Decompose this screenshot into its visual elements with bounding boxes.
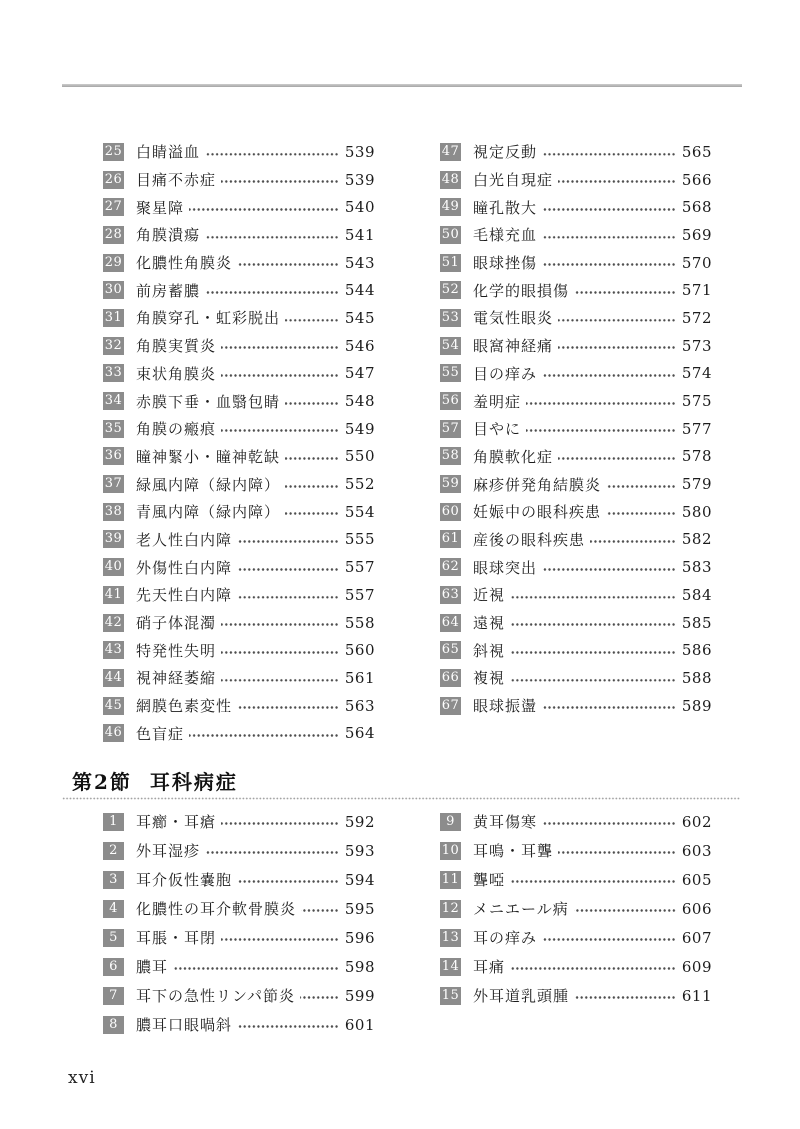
entry-title: 膿耳 [136,956,168,977]
toc-entry: 33 束状角膜炎 547 [103,360,375,388]
entry-number-badge: 37 [103,475,124,493]
entry-number-badge: 40 [103,558,124,576]
entry-title: 瞳神緊小・瞳神乾缺 [136,446,280,467]
entry-page-number: 570 [682,254,712,272]
entry-title: 網膜色素変性 [136,695,232,716]
entry-title: 耳癤・耳瘡 [136,811,216,832]
entry-title: 聾啞 [473,869,505,890]
entry-page-number: 565 [682,143,712,161]
dot-leader [574,995,676,1000]
entry-page-number: 560 [345,641,375,659]
toc-entry: 29 化膿性角膜炎 543 [103,249,375,277]
dot-leader [590,539,676,544]
section2-right-column: 9 黄耳傷寒 602 10 耳鳴・耳聾 603 11 聾啞 605 [440,807,712,1010]
toc-entry: 47 視定反動 565 [440,138,712,166]
dot-leader [510,594,676,599]
toc-entry: 28 角膜潰瘍 541 [103,221,375,249]
entry-title: 白光自現症 [473,169,553,190]
toc-entry: 38 青風内障（緑内障） 554 [103,498,375,526]
entry-title: メニエール病 [473,898,569,919]
entry-page-number: 585 [682,614,712,632]
entry-page-number: 544 [345,281,375,299]
entry-number-badge: 60 [440,503,461,521]
entry-number-badge: 25 [103,143,124,161]
entry-title: 特発性失明 [136,640,216,661]
dot-leader [558,179,676,184]
entry-number-badge: 6 [103,958,124,976]
dot-leader [526,401,676,406]
entry-page-number: 579 [682,475,712,493]
entry-title: 眼球突出 [473,557,537,578]
entry-page-number: 557 [345,586,375,604]
dot-leader [285,511,339,516]
entry-number-badge: 27 [103,198,124,216]
entry-number-badge: 39 [103,530,124,548]
dot-leader [542,705,676,710]
entry-title: 外耳湿疹 [136,840,200,861]
toc-entry: 12 メニエール病 606 [440,894,712,923]
entry-title: 化学的眼損傷 [473,280,569,301]
entry-title: 緑風内障（緑内障） [136,474,280,495]
entry-title: 束状角膜炎 [136,363,216,384]
entry-number-badge: 48 [440,171,461,189]
entry-title: 遠視 [473,612,505,633]
toc-entry: 62 眼球突出 583 [440,553,712,581]
entry-page-number: 592 [345,813,375,831]
entry-number-badge: 41 [103,586,124,604]
toc-entry: 4 化膿性の耳介軟骨膜炎 595 [103,894,375,923]
entry-number-badge: 26 [103,171,124,189]
toc-entry: 9 黄耳傷寒 602 [440,807,712,836]
entry-page-number: 611 [682,987,712,1005]
toc-entry: 53 電気性眼炎 572 [440,304,712,332]
dot-leader [558,317,676,322]
dot-leader [221,373,339,378]
entry-number-badge: 28 [103,226,124,244]
entry-page-number: 593 [345,842,375,860]
toc-entry: 42 硝子体混濁 558 [103,609,375,637]
entry-number-badge: 52 [440,281,461,299]
toc-entry: 60 妊娠中の眼科疾患 580 [440,498,712,526]
entry-title: 角膜の瘢痕 [136,418,216,439]
dot-leader [189,207,339,212]
entry-number-badge: 61 [440,530,461,548]
entry-page-number: 555 [345,530,375,548]
dot-leader [510,650,676,655]
entry-number-badge: 11 [440,871,461,889]
dot-leader [237,594,339,599]
toc-entry: 37 緑風内障（緑内障） 552 [103,470,375,498]
dot-leader [510,966,676,971]
dot-leader [300,995,339,1000]
entry-page-number: 588 [682,669,712,687]
entry-number-badge: 36 [103,447,124,465]
entry-number-badge: 47 [440,143,461,161]
entry-number-badge: 12 [440,900,461,918]
entry-number-badge: 63 [440,586,461,604]
entry-number-badge: 8 [103,1016,124,1034]
dot-leader [237,1024,339,1029]
entry-number-badge: 53 [440,309,461,327]
entry-number-badge: 14 [440,958,461,976]
toc-entry: 27 聚星障 540 [103,193,375,221]
entry-page-number: 584 [682,586,712,604]
entry-title: 眼窩神経痛 [473,335,553,356]
toc-entry: 36 瞳神緊小・瞳神乾缺 550 [103,443,375,471]
dot-leader [510,677,676,682]
toc-entry: 13 耳の痒み 607 [440,923,712,952]
top-rule [62,84,742,87]
entry-title: 視神経萎縮 [136,667,216,688]
dot-leader [237,262,339,267]
toc-entry: 48 白光自現症 566 [440,166,712,194]
entry-title: 老人性白内障 [136,529,232,550]
dot-leader [221,677,339,682]
entry-page-number: 596 [345,929,375,947]
section2-header: 第2節耳科病症 [72,766,238,795]
entry-title: 角膜潰瘍 [136,224,200,245]
section2-label: 第2節 [72,770,132,794]
entry-page-number: 563 [345,697,375,715]
toc-entry: 66 複視 588 [440,664,712,692]
dot-leader [558,850,676,855]
dot-leader [237,705,339,710]
entry-page-number: 583 [682,558,712,576]
toc-entry: 41 先天性白内障 557 [103,581,375,609]
entry-page-number: 580 [682,503,712,521]
toc-entry: 45 網膜色素変性 563 [103,692,375,720]
entry-page-number: 575 [682,392,712,410]
entry-title: 目痛不赤症 [136,169,216,190]
entry-page-number: 601 [345,1016,375,1034]
entry-number-badge: 33 [103,364,124,382]
dot-leader [542,151,676,156]
entry-number-badge: 44 [103,669,124,687]
toc-entry: 39 老人性白内障 555 [103,526,375,554]
entry-page-number: 543 [345,254,375,272]
entry-page-number: 548 [345,392,375,410]
entry-number-badge: 3 [103,871,124,889]
entry-title: 角膜穿孔・虹彩脱出 [136,307,280,328]
section2-left-column: 1 耳癤・耳瘡 592 2 外耳湿疹 593 3 耳介仮性嚢胞 594 [103,807,375,1039]
dot-leader [221,650,339,655]
entry-page-number: 609 [682,958,712,976]
entry-number-badge: 5 [103,929,124,947]
entry-number-badge: 50 [440,226,461,244]
entry-title: 外耳道乳頭腫 [473,985,569,1006]
toc-entry: 15 外耳道乳頭腫 611 [440,981,712,1010]
entry-page-number: 552 [345,475,375,493]
entry-number-badge: 7 [103,987,124,1005]
entry-page-number: 549 [345,420,375,438]
entry-number-badge: 57 [440,420,461,438]
toc-entry: 40 外傷性白内障 557 [103,553,375,581]
section1-left-column: 25 白睛溢血 539 26 目痛不赤症 539 27 聚星障 540 [103,138,375,747]
entry-title: 羞明症 [473,391,521,412]
entry-title: 赤膜下垂・血翳包睛 [136,391,280,412]
entry-page-number: 602 [682,813,712,831]
toc-entry: 64 遠視 585 [440,609,712,637]
entry-title: 電気性眼炎 [473,307,553,328]
entry-title: 目の痒み [473,363,537,384]
entry-title: 耳鳴・耳聾 [473,840,553,861]
entry-number-badge: 10 [440,842,461,860]
entry-page-number: 554 [345,503,375,521]
entry-number-badge: 13 [440,929,461,947]
toc-entry: 26 目痛不赤症 539 [103,166,375,194]
toc-entry: 58 角膜軟化症 578 [440,443,712,471]
dot-leader [542,821,676,826]
entry-number-badge: 49 [440,198,461,216]
dot-leader [542,207,676,212]
section2-title: 耳科病症 [150,770,238,794]
dot-leader [221,345,339,350]
entry-number-badge: 45 [103,697,124,715]
entry-page-number: 539 [345,171,375,189]
entry-number-badge: 35 [103,420,124,438]
entry-page-number: 546 [345,337,375,355]
entry-page-number: 589 [682,697,712,715]
dot-leader [285,484,339,489]
entry-number-badge: 65 [440,641,461,659]
entry-page-number: 594 [345,871,375,889]
dot-leader [542,373,676,378]
entry-page-number: 573 [682,337,712,355]
dot-leader [221,622,339,627]
entry-page-number: 603 [682,842,712,860]
entry-title: 麻疹併発角結膜炎 [473,474,601,495]
entry-page-number: 566 [682,171,712,189]
entry-page-number: 564 [345,724,375,742]
dot-leader [285,401,339,406]
entry-number-badge: 15 [440,987,461,1005]
entry-title: 青風内障（緑内障） [136,501,280,522]
section1-right-column: 47 視定反動 565 48 白光自現症 566 49 瞳孔散大 568 [440,138,712,719]
toc-entry: 3 耳介仮性嚢胞 594 [103,865,375,894]
entry-title: 毛様充血 [473,224,537,245]
dot-leader [542,262,676,267]
section-divider-dotted [62,797,740,801]
entry-title: 耳介仮性嚢胞 [136,869,232,890]
entry-number-badge: 9 [440,813,461,831]
toc-entry: 65 斜視 586 [440,636,712,664]
entry-title: 耳痛 [473,956,505,977]
footer-page-number: xvi [68,1068,96,1088]
dot-leader [542,937,676,942]
dot-leader [285,317,339,322]
entry-title: 複視 [473,667,505,688]
entry-number-badge: 56 [440,392,461,410]
toc-entry: 54 眼窩神経痛 573 [440,332,712,360]
toc-entry: 44 視神経萎縮 561 [103,664,375,692]
toc-entry: 67 眼球振盪 589 [440,692,712,720]
toc-entry: 59 麻疹併発角結膜炎 579 [440,470,712,498]
entry-page-number: 598 [345,958,375,976]
toc-page: 25 白睛溢血 539 26 目痛不赤症 539 27 聚星障 540 [0,0,800,1129]
entry-page-number: 557 [345,558,375,576]
entry-number-badge: 51 [440,254,461,272]
dot-leader [542,234,676,239]
toc-entry: 8 膿耳口眼喎斜 601 [103,1010,375,1039]
entry-page-number: 539 [345,143,375,161]
entry-title: 眼球挫傷 [473,252,537,273]
dot-leader [606,511,676,516]
entry-page-number: 561 [345,669,375,687]
entry-title: 白睛溢血 [136,141,200,162]
entry-number-badge: 29 [103,254,124,272]
entry-number-badge: 31 [103,309,124,327]
toc-entry: 1 耳癤・耳瘡 592 [103,807,375,836]
entry-number-badge: 30 [103,281,124,299]
entry-number-badge: 1 [103,813,124,831]
entry-title: 色盲症 [136,723,184,744]
entry-number-badge: 54 [440,337,461,355]
toc-entry: 57 目やに 577 [440,415,712,443]
dot-leader [558,456,676,461]
entry-title: 眼球振盪 [473,695,537,716]
entry-number-badge: 43 [103,641,124,659]
entry-number-badge: 32 [103,337,124,355]
entry-page-number: 547 [345,364,375,382]
entry-number-badge: 59 [440,475,461,493]
dot-leader [221,428,339,433]
entry-title: 耳の痒み [473,927,537,948]
dot-leader [221,937,339,942]
entry-number-badge: 2 [103,842,124,860]
toc-entry: 5 耳脹・耳閉 596 [103,923,375,952]
entry-title: 聚星障 [136,197,184,218]
dot-leader [510,879,676,884]
dot-leader [205,151,339,156]
entry-page-number: 606 [682,900,712,918]
toc-entry: 34 赤膜下垂・血翳包睛 548 [103,387,375,415]
entry-page-number: 550 [345,447,375,465]
dot-leader [205,850,339,855]
dot-leader [189,733,339,738]
dot-leader [237,567,339,572]
entry-title: 産後の眼科疾患 [473,529,585,550]
dot-leader [221,821,339,826]
entry-page-number: 605 [682,871,712,889]
toc-entry: 56 羞明症 575 [440,387,712,415]
entry-number-badge: 55 [440,364,461,382]
toc-entry: 14 耳痛 609 [440,952,712,981]
entry-title: 角膜実質炎 [136,335,216,356]
section2-columns: 1 耳癤・耳瘡 592 2 外耳湿疹 593 3 耳介仮性嚢胞 594 [103,807,712,1039]
entry-page-number: 599 [345,987,375,1005]
toc-entry: 49 瞳孔散大 568 [440,193,712,221]
entry-page-number: 571 [682,281,712,299]
entry-title: 視定反動 [473,141,537,162]
dot-leader [606,484,676,489]
dot-leader [237,539,339,544]
toc-entry: 25 白睛溢血 539 [103,138,375,166]
toc-entry: 11 聾啞 605 [440,865,712,894]
entry-title: 耳下の急性リンパ節炎 [136,985,295,1006]
entry-page-number: 595 [345,900,375,918]
entry-title: 黄耳傷寒 [473,811,537,832]
entry-number-badge: 58 [440,447,461,465]
entry-number-badge: 38 [103,503,124,521]
entry-title: 膿耳口眼喎斜 [136,1014,232,1035]
entry-number-badge: 46 [103,724,124,742]
entry-page-number: 545 [345,309,375,327]
entry-number-badge: 64 [440,614,461,632]
section1-columns: 25 白睛溢血 539 26 目痛不赤症 539 27 聚星障 540 [103,138,712,747]
entry-page-number: 572 [682,309,712,327]
entry-title: 化膿性の耳介軟骨膜炎 [136,898,296,919]
dot-leader [558,345,676,350]
entry-title: 先天性白内障 [136,584,232,605]
entry-page-number: 558 [345,614,375,632]
toc-entry: 30 前房蓄膿 544 [103,276,375,304]
entry-page-number: 541 [345,226,375,244]
entry-number-badge: 34 [103,392,124,410]
toc-entry: 31 角膜穿孔・虹彩脱出 545 [103,304,375,332]
entry-page-number: 569 [682,226,712,244]
dot-leader [510,622,676,627]
entry-page-number: 582 [682,530,712,548]
dot-leader [205,290,339,295]
entry-page-number: 607 [682,929,712,947]
toc-entry: 43 特発性失明 560 [103,636,375,664]
toc-entry: 2 外耳湿疹 593 [103,836,375,865]
entry-title: 前房蓄膿 [136,280,200,301]
entry-title: 瞳孔散大 [473,197,537,218]
toc-entry: 63 近視 584 [440,581,712,609]
entry-title: 妊娠中の眼科疾患 [473,501,601,522]
toc-entry: 35 角膜の瘢痕 549 [103,415,375,443]
entry-number-badge: 66 [440,669,461,687]
entry-number-badge: 42 [103,614,124,632]
toc-entry: 7 耳下の急性リンパ節炎 599 [103,981,375,1010]
toc-entry: 52 化学的眼損傷 571 [440,276,712,304]
entry-title: 角膜軟化症 [473,446,553,467]
entry-number-badge: 67 [440,697,461,715]
toc-entry: 32 角膜実質炎 546 [103,332,375,360]
dot-leader [285,456,339,461]
toc-entry: 55 目の痒み 574 [440,360,712,388]
entry-page-number: 577 [682,420,712,438]
entry-page-number: 586 [682,641,712,659]
entry-title: 近視 [473,584,505,605]
dot-leader [205,234,339,239]
entry-page-number: 574 [682,364,712,382]
dot-leader [574,908,676,913]
dot-leader [221,179,339,184]
dot-leader [237,879,339,884]
dot-leader [542,567,676,572]
entry-page-number: 578 [682,447,712,465]
dot-leader [301,908,339,913]
entry-title: 化膿性角膜炎 [136,252,232,273]
dot-leader [173,966,339,971]
toc-entry: 61 産後の眼科疾患 582 [440,526,712,554]
entry-title: 目やに [473,418,521,439]
dot-leader [526,428,676,433]
entry-title: 硝子体混濁 [136,612,216,633]
toc-entry: 50 毛様充血 569 [440,221,712,249]
entry-page-number: 568 [682,198,712,216]
entry-title: 外傷性白内障 [136,557,232,578]
entry-page-number: 540 [345,198,375,216]
entry-title: 斜視 [473,640,505,661]
entry-number-badge: 4 [103,900,124,918]
toc-entry: 51 眼球挫傷 570 [440,249,712,277]
dot-leader [574,290,676,295]
entry-number-badge: 62 [440,558,461,576]
toc-entry: 46 色盲症 564 [103,719,375,747]
